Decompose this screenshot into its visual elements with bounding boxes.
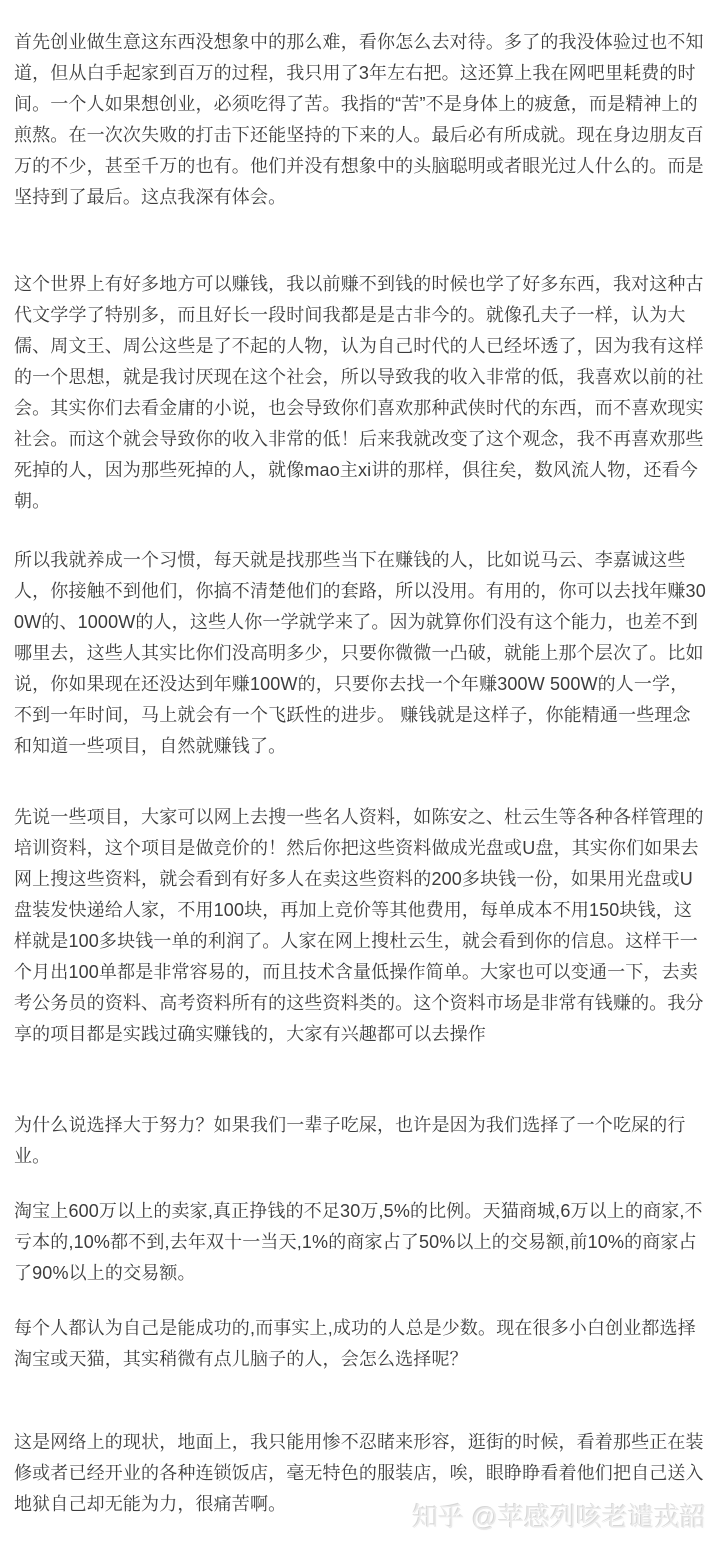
article-paragraph: 先说一些项目，大家可以网上去搜一些名人资料，如陈安之、杜云生等各种各样管理的培训…	[14, 802, 706, 1050]
article-body: 首先创业做生意这东西没想象中的那么难，看你怎么去对待。多了的我没体验过也不知道，…	[0, 0, 720, 1520]
article-paragraph: 首先创业做生意这东西没想象中的那么难，看你怎么去对待。多了的我没体验过也不知道，…	[14, 27, 706, 213]
article-paragraph: 所以我就养成一个习惯，每天就是找那些当下在赚钱的人，比如说马云、李嘉诚这些人，你…	[14, 545, 706, 762]
article-page: 首先创业做生意这东西没想象中的那么难，看你怎么去对待。多了的我没体验过也不知道，…	[0, 0, 720, 1556]
article-paragraph: 这个世界上有好多地方可以赚钱，我以前赚不到钱的时候也学了好多东西，我对这种古代文…	[14, 269, 706, 517]
article-paragraph: 每个人都认为自己是能成功的,而事实上,成功的人总是少数。现在很多小白创业都选择淘…	[14, 1313, 706, 1375]
article-paragraph: 淘宝上600万以上的卖家,真正挣钱的不足30万,5%的比例。天猫商城,6万以上的…	[14, 1196, 706, 1289]
zhihu-watermark: 知乎 @苹感列咳老谴戎韶	[412, 1502, 706, 1533]
article-paragraph: 为什么说选择大于努力？如果我们一辈子吃屎，也许是因为我们选择了一个吃屎的行业。	[14, 1110, 706, 1172]
